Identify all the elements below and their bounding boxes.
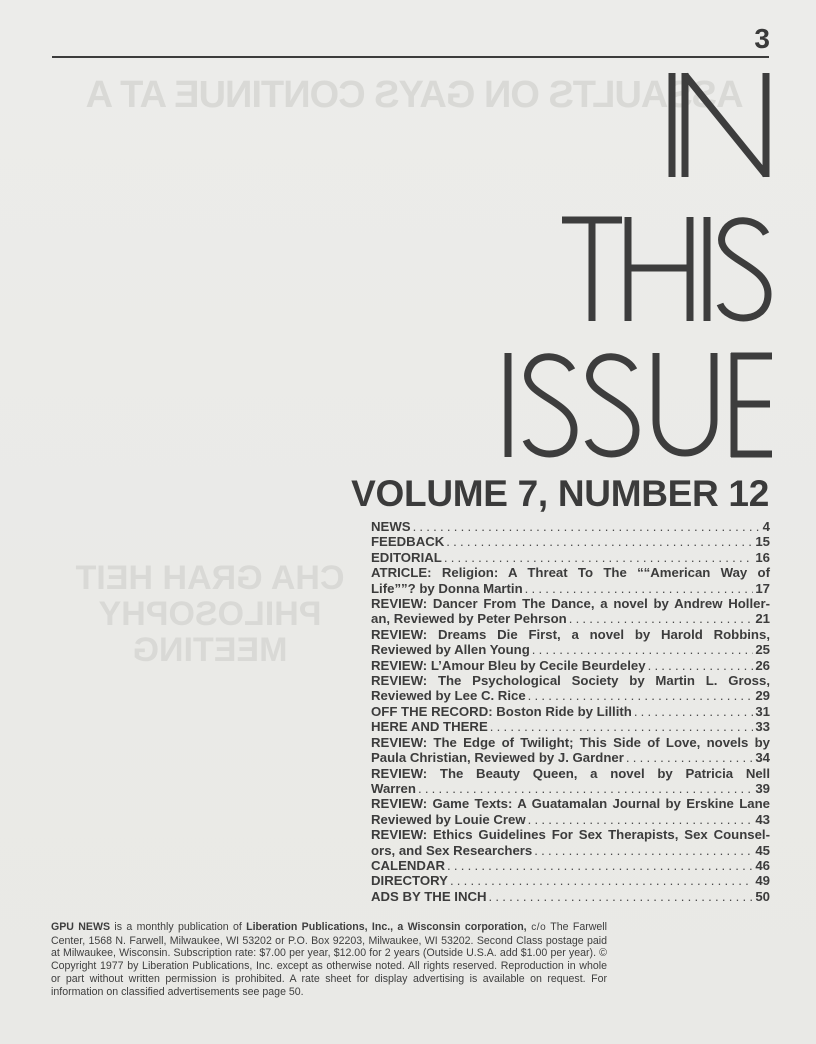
toc-page-number: 17	[755, 581, 770, 596]
toc-entry-title-line1: REVIEW: The Beauty Queen, a novel by Pat…	[371, 766, 770, 781]
toc-page-number: 39	[755, 781, 770, 796]
toc-entry-off-the-record[interactable]: OFF THE RECORD: Boston Ride by Lillith 3…	[371, 704, 770, 719]
publication-notice: GPU NEWS is a monthly publication of Lib…	[51, 921, 607, 999]
toc-entry-directory[interactable]: DIRECTORY 49	[371, 873, 770, 888]
toc-entry-title-line1: ATRICLE: Religion: A Threat To The ““Ame…	[371, 565, 770, 580]
toc-entry-title-line2: Reviewed by Louie Crew	[371, 812, 526, 827]
title-issue-glyphs: ISSUE	[504, 352, 772, 458]
leader-dots	[528, 812, 754, 827]
leader-dots	[447, 858, 753, 873]
toc-entry-title-line2: Warren	[371, 781, 416, 796]
leader-dots	[634, 704, 754, 719]
toc-entry-feedback[interactable]: FEEDBACK 15	[371, 534, 770, 549]
toc-page-number: 26	[755, 658, 770, 673]
toc-page-number: 50	[755, 889, 770, 904]
toc-entry-title: FEEDBACK	[371, 534, 444, 549]
toc-entry-review-dreams-die-first[interactable]: REVIEW: Dreams Die First, a novel by Har…	[371, 627, 770, 658]
toc-entry-title: HERE AND THERE	[371, 719, 488, 734]
toc-entry-review-beauty-queen[interactable]: REVIEW: The Beauty Queen, a novel by Pat…	[371, 766, 770, 797]
toc-entry-title: EDITORIAL	[371, 550, 442, 565]
toc-entry-title-line2: Paula Christian, Reviewed by J. Gardner	[371, 750, 624, 765]
volume-heading: VOLUME 7, NUMBER 12	[351, 474, 769, 514]
toc-entry-title: DIRECTORY	[371, 873, 448, 888]
leader-dots	[450, 873, 753, 888]
bleed-through-headline: ASSAULTS ON GAYS CONTINUE AT A	[55, 74, 775, 117]
toc-page-number: 46	[755, 858, 770, 873]
toc-page-number: 49	[755, 873, 770, 888]
toc-entry-title-line2: an, Reviewed by Peter Pehrson	[371, 611, 567, 626]
toc-entry-title: CALENDAR	[371, 858, 445, 873]
table-of-contents: NEWS 4 FEEDBACK 15 EDITORIAL 16 ATRICLE:…	[371, 519, 770, 904]
toc-entry-article-religion[interactable]: ATRICLE: Religion: A Threat To The ““Ame…	[371, 565, 770, 596]
toc-entry-title-line2: ors, and Sex Researchers	[371, 843, 532, 858]
toc-entry-title: ADS BY THE INCH	[371, 889, 487, 904]
leader-dots	[490, 719, 754, 734]
toc-entry-review-game-texts[interactable]: REVIEW: Game Texts: A Guatamalan Journal…	[371, 796, 770, 827]
toc-entry-here-and-there[interactable]: HERE AND THERE 33	[371, 719, 770, 734]
notice-text-1: is a monthly publication of	[110, 921, 246, 933]
bleed-through-subheadline: CHA GRAH HEIT PHILOSOPHY MEETING	[60, 560, 360, 668]
title-line-this: THIS	[562, 216, 772, 322]
toc-entry-title-line2: Reviewed by Allen Young	[371, 642, 530, 657]
toc-page-number: 21	[755, 611, 770, 626]
toc-entry-calendar[interactable]: CALENDAR 46	[371, 858, 770, 873]
page-number: 3	[754, 24, 770, 54]
title-this-glyphs: THIS	[562, 216, 772, 322]
toc-entry-news[interactable]: NEWS 4	[371, 519, 770, 534]
leader-dots	[413, 519, 761, 534]
toc-page-number: 16	[755, 550, 770, 565]
care-of: c/o	[527, 922, 547, 933]
toc-entry-review-dancer-from-the-dance[interactable]: REVIEW: Dancer From The Dance, a novel b…	[371, 596, 770, 627]
leader-dots	[626, 750, 753, 765]
leader-dots	[525, 581, 754, 596]
publication-name: GPU NEWS	[51, 921, 110, 933]
leader-dots	[534, 843, 753, 858]
magazine-page: ASSAULTS ON GAYS CONTINUE AT A CHA GRAH …	[0, 0, 816, 1044]
leader-dots	[528, 688, 754, 703]
toc-entry-review-psychological-society[interactable]: REVIEW: The Psychological Society by Mar…	[371, 673, 770, 704]
leader-dots	[446, 534, 753, 549]
title-line-issue: ISSUE	[504, 352, 772, 458]
leader-dots	[569, 611, 754, 626]
toc-entry-title-line1: REVIEW: The Psychological Society by Mar…	[371, 673, 770, 688]
leader-dots	[418, 781, 753, 796]
title-in-glyphs: IN	[668, 72, 772, 178]
leader-dots	[489, 889, 754, 904]
toc-entry-review-ethics-guidelines[interactable]: REVIEW: Ethics Guidelines For Sex Therap…	[371, 827, 770, 858]
toc-entry-title-line1: REVIEW: Dreams Die First, a novel by Har…	[371, 627, 770, 642]
toc-entry-title-line2: Life””? by Donna Martin	[371, 581, 523, 596]
leader-dots	[532, 642, 754, 657]
leader-dots	[444, 550, 754, 565]
toc-entry-ads-by-the-inch[interactable]: ADS BY THE INCH 50	[371, 889, 770, 904]
toc-page-number: 15	[755, 534, 770, 549]
toc-entry-title: NEWS	[371, 519, 411, 534]
toc-page-number: 34	[755, 750, 770, 765]
toc-entry-title: OFF THE RECORD: Boston Ride by Lillith	[371, 704, 632, 719]
publisher-name: Liberation Publications, Inc., a Wiscons…	[246, 921, 527, 933]
toc-entry-title-line1: REVIEW: Ethics Guidelines For Sex Therap…	[371, 827, 770, 842]
toc-entry-editorial[interactable]: EDITORIAL 16	[371, 550, 770, 565]
toc-entry-title-line1: REVIEW: Dancer From The Dance, a novel b…	[371, 596, 770, 611]
toc-entry-title: REVIEW: L’Amour Bleu by Cecile Beurdeley	[371, 658, 646, 673]
toc-entry-title-line1: REVIEW: The Edge of Twilight; This Side …	[371, 735, 770, 750]
header-rule	[52, 56, 769, 58]
toc-entry-title-line1: REVIEW: Game Texts: A Guatamalan Journal…	[371, 796, 770, 811]
toc-page-number: 29	[755, 688, 770, 703]
toc-entry-review-lamour-bleu[interactable]: REVIEW: L’Amour Bleu by Cecile Beurdeley…	[371, 658, 770, 673]
leader-dots	[648, 658, 754, 673]
toc-entry-title-line2: Reviewed by Lee C. Rice	[371, 688, 526, 703]
toc-page-number: 43	[755, 812, 770, 827]
toc-page-number: 4	[763, 519, 770, 534]
toc-page-number: 33	[755, 719, 770, 734]
toc-page-number: 25	[755, 642, 770, 657]
toc-entry-review-edge-of-twilight[interactable]: REVIEW: The Edge of Twilight; This Side …	[371, 735, 770, 766]
title-line-in: IN	[668, 72, 772, 178]
toc-page-number: 31	[755, 704, 770, 719]
toc-page-number: 45	[755, 843, 770, 858]
